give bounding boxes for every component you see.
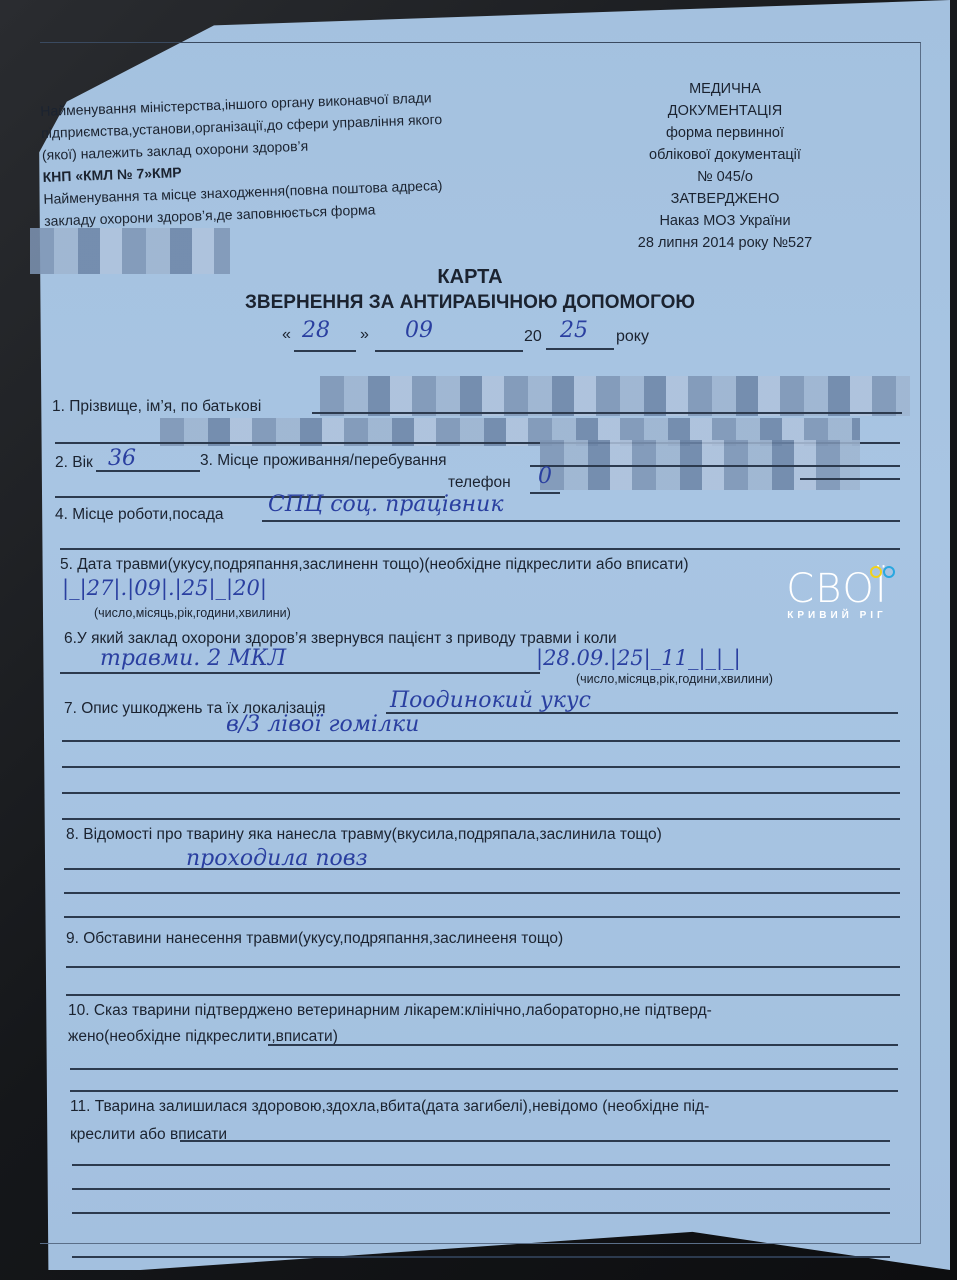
field-11-line[interactable] [180,1140,890,1142]
doc-type-line: форма первинної [600,122,850,144]
field-2-value[interactable]: 36 [108,446,136,471]
doc-type-line: МЕДИЧНА [600,78,850,100]
field-6-place[interactable]: травми. 2 МКЛ [100,646,286,671]
institution-header: Найменування міністерства,іншого органу … [40,86,446,232]
field-3-label: 3. Місце проживання/перебування [200,450,447,472]
field-7-line[interactable] [386,712,898,714]
date-day[interactable]: 28 [302,318,330,343]
date-year-prefix: 20 [524,326,542,348]
watermark-dots-icon [870,565,896,583]
phone-line[interactable] [530,492,560,494]
order-date: 28 липня 2014 року №527 [600,232,850,254]
date-month[interactable]: 09 [405,318,433,343]
field-7-line-4[interactable] [62,792,900,794]
field-4-line-2 [60,548,900,550]
field-7-line-5[interactable] [62,818,900,820]
yellow-dot-icon [870,566,882,578]
field-6-date[interactable]: |28.09.|25|_11_|_|_| [536,646,741,670]
blue-dot-icon [883,566,895,578]
field-1-label: 1. Прізвище, ім’я, по батькові [52,396,261,418]
field-11-line-4[interactable] [72,1212,890,1214]
field-5-value[interactable]: |_|27|.|09|.|25|_|20| [62,576,267,600]
field-3-line[interactable] [530,465,900,467]
field-5-label: 5. Дата травми(укусу,подряпання,заслинен… [60,554,688,576]
form-approval-block: МЕДИЧНА ДОКУМЕНТАЦІЯ форма первинної обл… [600,78,850,254]
phone-label: телефон [448,472,511,494]
redacted-name [320,376,910,416]
field-6-hint: (число,місяцв,рік,години,хвилини) [576,668,773,690]
field-9-line[interactable] [66,966,900,968]
form-number: № 045/о [600,166,850,188]
watermark-city: КРИВИЙ РІГ [782,610,892,621]
field-7-value-1[interactable]: Поодинокий укус [390,688,591,713]
field-10-line[interactable] [268,1044,898,1046]
field-11-line-5[interactable] [72,1256,890,1258]
field-5-hint: (число,місяць,рік,години,хвилини) [94,602,291,624]
underline [546,348,614,350]
phone-line-end [800,478,900,480]
date-suffix: року [616,326,649,348]
field-8-line[interactable] [64,868,900,870]
field-11-label: 11. Тварина залишилася здоровою,здохла,в… [70,1096,709,1118]
approved-label: ЗАТВЕРДЖЕНО [600,188,850,210]
field-9-line-2[interactable] [66,994,900,996]
phone-value[interactable]: 0 [538,464,552,489]
field-10-label: 10. Сказ тварини підтверджено ветеринарн… [68,1000,712,1022]
field-7-line-2[interactable] [62,740,900,742]
field-8-line-3[interactable] [64,916,900,918]
doc-type-line: ДОКУМЕНТАЦІЯ [600,100,850,122]
field-8-label: 8. Відомості про тварину яка нанесла тра… [66,824,662,846]
field-11-label-2: креслити або вписати [70,1124,227,1146]
underline [294,350,356,352]
field-7-value-2[interactable]: в/3 лівої гомілки [226,712,419,737]
date-open-quote: « [282,324,291,346]
doc-type-line: облікової документації [600,144,850,166]
field-8-line-2[interactable] [64,892,900,894]
document-subtitle: ЗВЕРНЕННЯ ЗА АНТИРАБІЧНОЮ ДОПОМОГОЮ [200,292,740,314]
field-11-line-2[interactable] [72,1164,890,1166]
order-label: Наказ МОЗ України [600,210,850,232]
field-4-label: 4. Місце роботи,посада [55,504,223,526]
document-title: КАРТА [200,266,740,288]
field-4-value[interactable]: СПЦ соц. працівник [268,492,503,517]
field-10-line-3[interactable] [70,1090,898,1092]
underline [375,350,523,352]
field-10-line-2[interactable] [70,1068,898,1070]
field-1-line[interactable] [312,412,902,414]
field-9-label: 9. Обставини нанесення травми(укусу,подр… [66,928,563,950]
date-year[interactable]: 25 [560,318,588,343]
field-11-line-3[interactable] [72,1188,890,1190]
date-close-quote: » [360,324,369,346]
field-7-line-3[interactable] [62,766,900,768]
field-6-line[interactable] [60,672,540,674]
field-2-label: 2. Вік [55,452,93,474]
field-2-line [96,470,200,472]
field-4-line[interactable] [262,520,900,522]
